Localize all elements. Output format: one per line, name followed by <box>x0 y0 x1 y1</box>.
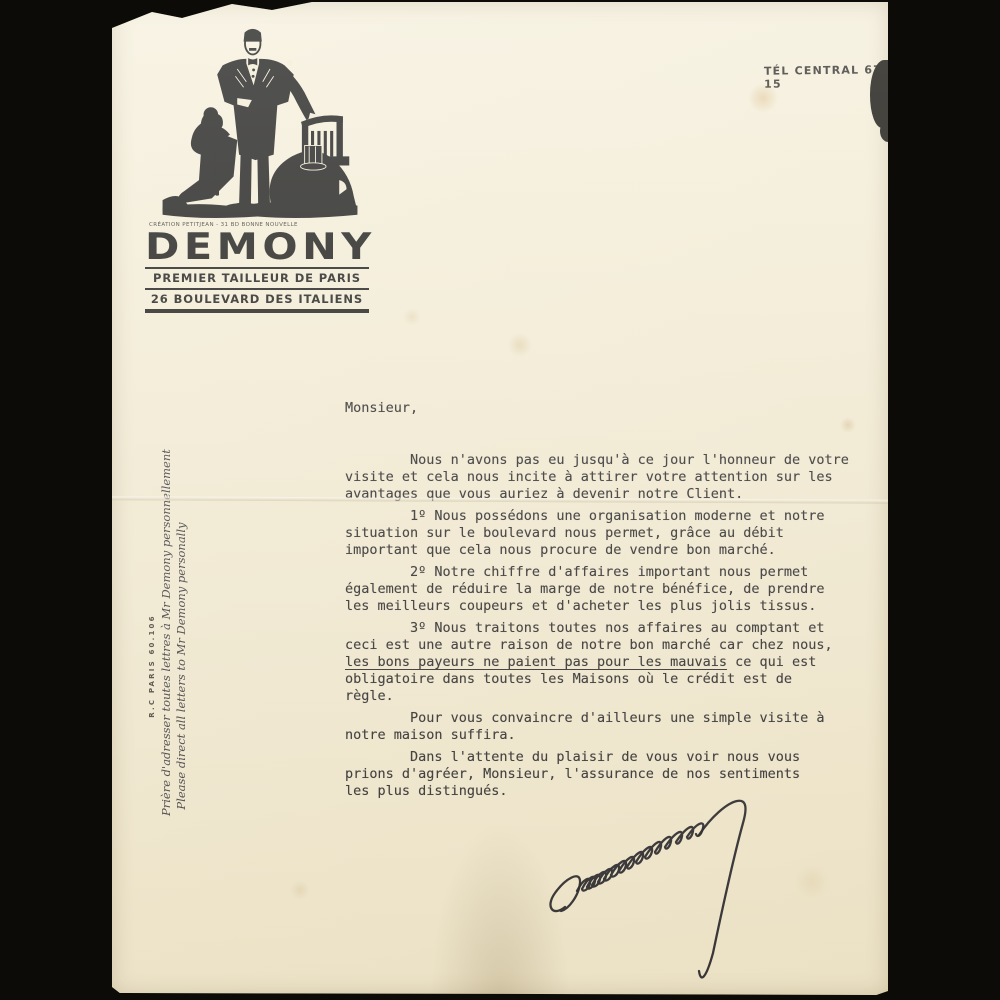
margin-note: R.C PARIS 60.106 Prière d'adresser toute… <box>148 516 220 816</box>
brand-wordmark: DEMONY <box>145 230 396 263</box>
letter-paper: CRÉATION PETITJEAN - 31 BD BONNE NOUVELL… <box>112 2 888 995</box>
photographed-letter: CRÉATION PETITJEAN - 31 BD BONNE NOUVELL… <box>0 0 1000 1000</box>
paragraph-invitation: Pour vous convaincre d'ailleurs une simp… <box>345 710 890 744</box>
tagline-address: 26 BOULEVARD DES ITALIENS <box>145 290 369 309</box>
margin-note-english: Please direct all letters to Mr Demony p… <box>174 516 189 816</box>
paragraph-intro: Nous n'avons pas eu jusqu'à ce jour l'ho… <box>345 452 890 503</box>
paragraph-closing: Dans l'attente du plaisir de vous voir n… <box>345 749 890 800</box>
salutation: Monsieur, <box>345 400 890 417</box>
paragraph-point-2: 2º Notre chiffre d'affaires important no… <box>345 564 890 615</box>
paragraph-point-3-start: 3º Nous traitons toutes nos affaires au … <box>345 620 833 653</box>
letter-body: Monsieur, Nous n'avons pas eu jusqu'à ce… <box>345 400 890 805</box>
signature-demony <box>535 795 760 993</box>
tagline-premier-tailleur: PREMIER TAILLEUR DE PARIS <box>145 269 369 288</box>
margin-note-french: Prière d'adresser toutes lettres à Mr De… <box>159 516 174 816</box>
trade-register-number: R.C PARIS 60.106 <box>148 516 156 816</box>
paper-tear <box>870 60 892 128</box>
paragraph-point-3: 3º Nous traitons toutes nos affaires au … <box>345 620 890 705</box>
underlined-phrase: les bons payeurs ne paient pas pour les … <box>345 654 727 670</box>
paragraph-point-1: 1º Nous possédons une organisation moder… <box>345 508 890 559</box>
rule <box>145 309 369 313</box>
tailors-fitting-illustration <box>151 18 369 222</box>
letterhead: CRÉATION PETITJEAN - 31 BD BONNE NOUVELL… <box>145 18 369 313</box>
